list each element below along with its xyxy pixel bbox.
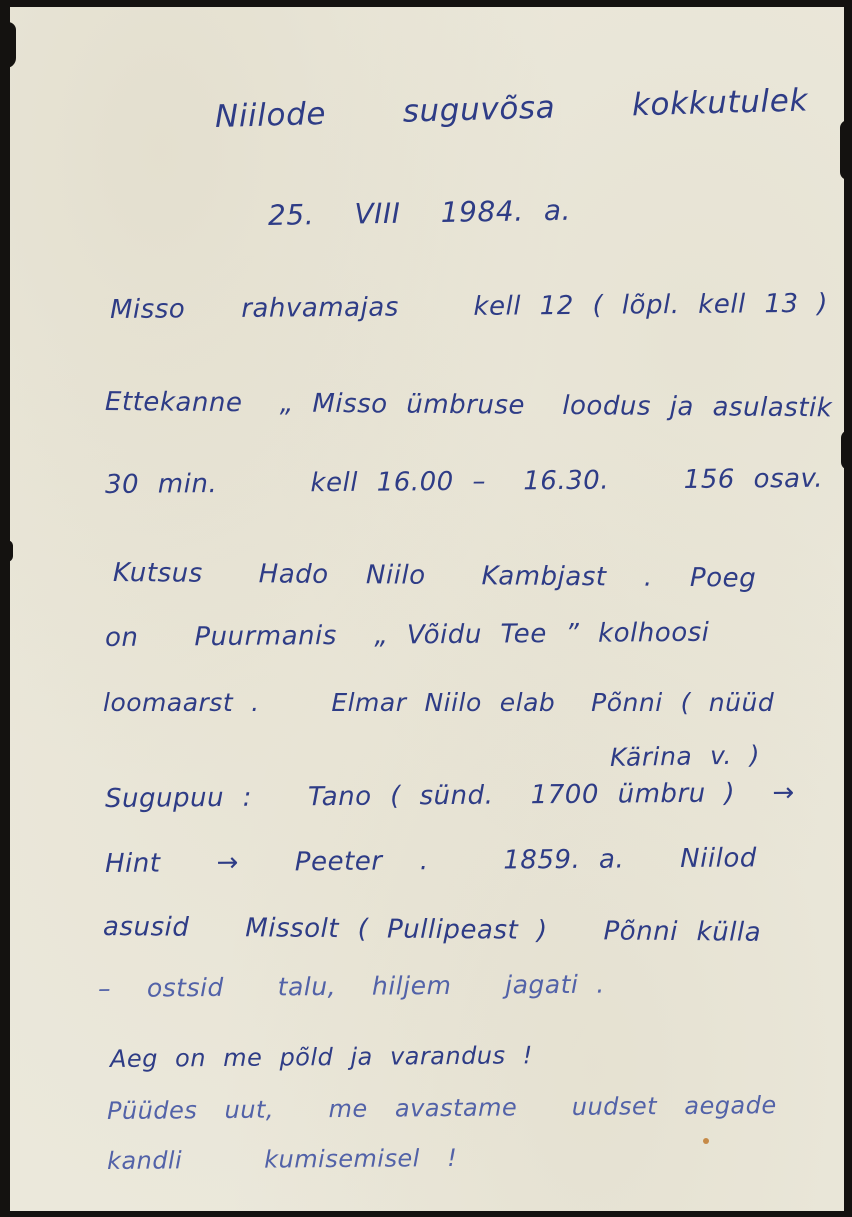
handwritten-line: on Puurmanis „ Võidu Tee ” kolhoosi [105,618,710,653]
handwritten-line: Kutsus Hado Niilo Kambjast . Poeg [113,558,756,594]
handwritten-line: Sugupuu : Tano ( sünd. 1700 ümbru ) → [105,778,795,814]
handwritten-line: – ostsid talu, hiljem jagati . [98,970,605,1003]
scan-edge-artifact [840,120,852,180]
handwritten-line: Aeg on me põld ja varandus ! [110,1041,533,1073]
paper-sheet: Niilode suguvõsa kokkutulek 25. VIII 198… [10,7,844,1211]
handwritten-line: Hint → Peeter . 1859. a. Niilod [105,843,757,879]
handwritten-line: asusid Missolt ( Pullipeast ) Põnni küll… [103,912,761,948]
paper-fleck [703,1138,709,1144]
handwritten-line: Ettekanne „ Misso ümbruse loodus ja asul… [105,387,852,424]
scan-edge-artifact [0,22,16,68]
handwritten-line: Püüdes uut, me avastame uudset aegade [107,1091,777,1125]
note-title: Niilode suguvõsa kokkutulek [214,82,808,135]
scan-edge-artifact [0,540,13,562]
handwritten-line: Misso rahvamajas kell 12 ( lõpl. kell 13… [110,289,828,325]
handwritten-line: loomaarst . Elmar Niilo elab Põnni ( nüü… [103,688,774,717]
handwritten-line: kandli kumisemisel ! [107,1144,458,1175]
scanned-page: Niilode suguvõsa kokkutulek 25. VIII 198… [0,0,852,1217]
handwritten-line: 30 min. kell 16.00 – 16.30. 156 osav. [105,464,823,500]
scan-edge-artifact [841,430,852,470]
handwritten-line: Kärina v. ) [610,740,761,772]
note-date: 25. VIII 1984. a. [268,194,572,232]
